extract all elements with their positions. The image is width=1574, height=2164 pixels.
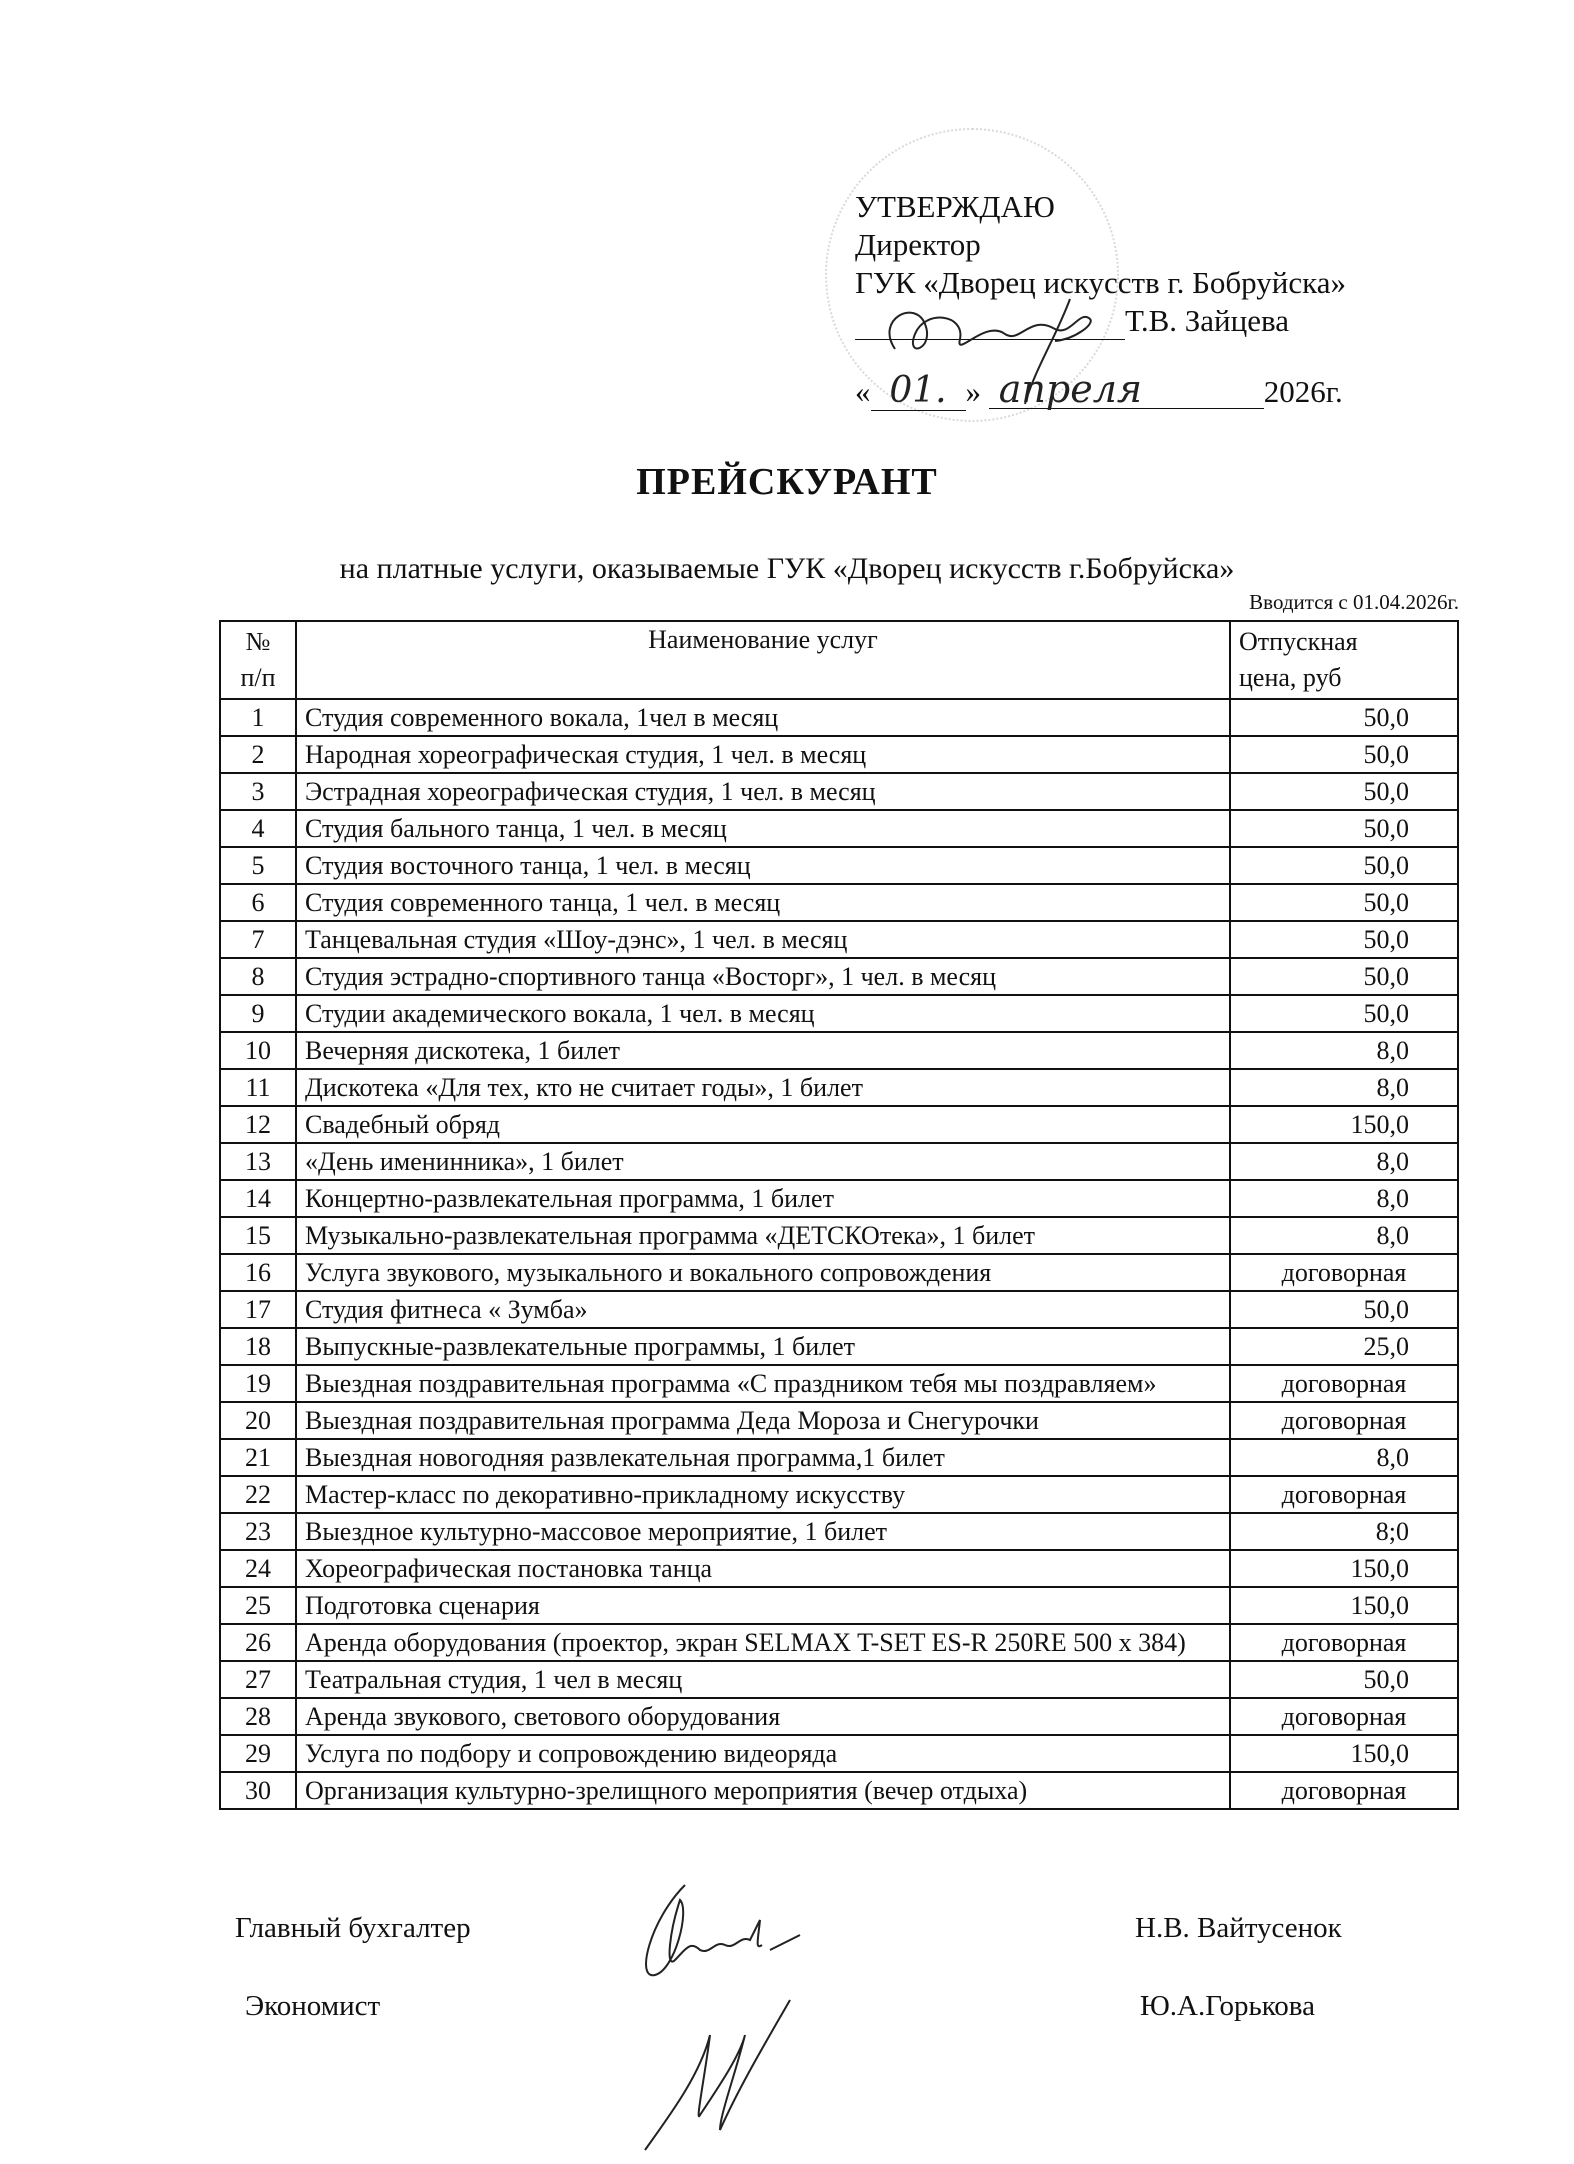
row-number: 12	[220, 1106, 296, 1143]
row-service-name: Организация культурно-зрелищного меропри…	[296, 1772, 1230, 1809]
row-service-name: Студия фитнеса « Зумба»	[296, 1291, 1230, 1328]
row-number: 5	[220, 847, 296, 884]
row-price: договорная	[1230, 1402, 1458, 1439]
row-service-name: Студия бального танца, 1 чел. в месяц	[296, 810, 1230, 847]
row-service-name: Студии академического вокала, 1 чел. в м…	[296, 995, 1230, 1032]
approval-position: Директор	[855, 226, 1346, 264]
header-service-name: Наименование услуг	[296, 621, 1230, 699]
table-row: 24Хореографическая постановка танца150,0	[220, 1550, 1458, 1587]
row-number: 19	[220, 1365, 296, 1402]
row-service-name: Мастер-класс по декоративно-прикладному …	[296, 1476, 1230, 1513]
date-day: 01.	[871, 372, 966, 411]
table-row: 19Выездная поздравительная программа «С …	[220, 1365, 1458, 1402]
economist-signature-icon	[640, 1995, 800, 2155]
row-number: 24	[220, 1550, 296, 1587]
row-service-name: Услуга звукового, музыкального и вокальн…	[296, 1254, 1230, 1291]
row-service-name: Выездная новогодняя развлекательная прог…	[296, 1439, 1230, 1476]
row-number: 23	[220, 1513, 296, 1550]
table-row: 15Музыкально-развлекательная программа «…	[220, 1217, 1458, 1254]
table-row: 18Выпускные-развлекательные программы, 1…	[220, 1328, 1458, 1365]
row-service-name: Выездное культурно-массовое мероприятие,…	[296, 1513, 1230, 1550]
table-row: 5Студия восточного танца, 1 чел. в месяц…	[220, 847, 1458, 884]
row-number: 4	[220, 810, 296, 847]
row-number: 26	[220, 1624, 296, 1661]
table-row: 23Выездное культурно-массовое мероприяти…	[220, 1513, 1458, 1550]
row-number: 18	[220, 1328, 296, 1365]
row-price: 150,0	[1230, 1106, 1458, 1143]
row-number: 15	[220, 1217, 296, 1254]
document-subtitle: на платные услуги, оказываемые ГУК «Двор…	[0, 552, 1574, 586]
row-number: 21	[220, 1439, 296, 1476]
row-price: 50,0	[1230, 884, 1458, 921]
row-number: 1	[220, 699, 296, 736]
row-service-name: «День именинника», 1 билет	[296, 1143, 1230, 1180]
row-price: договорная	[1230, 1365, 1458, 1402]
row-number: 16	[220, 1254, 296, 1291]
chief-accountant-title: Главный бухгалтер	[235, 1912, 471, 1945]
row-price: договорная	[1230, 1624, 1458, 1661]
row-number: 20	[220, 1402, 296, 1439]
approval-organization: ГУК «Дворец искусств г. Бобруйска»	[855, 264, 1346, 302]
row-price: 50,0	[1230, 995, 1458, 1032]
row-number: 17	[220, 1291, 296, 1328]
row-service-name: Услуга по подбору и сопровождению видеор…	[296, 1735, 1230, 1772]
row-service-name: Подготовка сценария	[296, 1587, 1230, 1624]
table-row: 16Услуга звукового, музыкального и вокал…	[220, 1254, 1458, 1291]
row-price: 50,0	[1230, 699, 1458, 736]
row-number: 9	[220, 995, 296, 1032]
row-service-name: Театральная студия, 1 чел в месяц	[296, 1661, 1230, 1698]
row-number: 28	[220, 1698, 296, 1735]
table-row: 28Аренда звукового, светового оборудован…	[220, 1698, 1458, 1735]
economist-title: Экономист	[245, 1990, 380, 2023]
table-row: 8Студия эстрадно-спортивного танца «Вост…	[220, 958, 1458, 995]
row-number: 10	[220, 1032, 296, 1069]
row-number: 2	[220, 736, 296, 773]
table-row: 27Театральная студия, 1 чел в месяц50,0	[220, 1661, 1458, 1698]
row-number: 6	[220, 884, 296, 921]
row-number: 30	[220, 1772, 296, 1809]
header-number: №п/п	[220, 621, 296, 699]
row-number: 3	[220, 773, 296, 810]
approval-block: УТВЕРЖДАЮ Директор ГУК «Дворец искусств …	[855, 188, 1346, 411]
row-price: договорная	[1230, 1254, 1458, 1291]
row-price: 50,0	[1230, 1291, 1458, 1328]
table-row: 3Эстрадная хореографическая студия, 1 че…	[220, 773, 1458, 810]
effective-date: Вводится с 01.04.2026г.	[1249, 590, 1459, 615]
row-price: 8,0	[1230, 1032, 1458, 1069]
row-service-name: Выездная поздравительная программа Деда …	[296, 1402, 1230, 1439]
table-row: 12Свадебный обряд150,0	[220, 1106, 1458, 1143]
table-row: 14Концертно-развлекательная программа, 1…	[220, 1180, 1458, 1217]
row-number: 8	[220, 958, 296, 995]
row-service-name: Дискотека «Для тех, кто не считает годы»…	[296, 1069, 1230, 1106]
approval-heading: УТВЕРЖДАЮ	[855, 188, 1346, 226]
price-table: №п/п Наименование услуг Отпускнаяцена, р…	[219, 620, 1459, 1810]
row-price: 150,0	[1230, 1735, 1458, 1772]
row-price: 150,0	[1230, 1550, 1458, 1587]
table-row: 10Вечерняя дискотека, 1 билет8,0	[220, 1032, 1458, 1069]
director-signature-line	[855, 309, 1125, 340]
row-price: 8,0	[1230, 1180, 1458, 1217]
table-row: 17Студия фитнеса « Зумба»50,0	[220, 1291, 1458, 1328]
table-row: 6Студия современного танца, 1 чел. в мес…	[220, 884, 1458, 921]
row-number: 7	[220, 921, 296, 958]
table-row: 11Дискотека «Для тех, кто не считает год…	[220, 1069, 1458, 1106]
row-price: 50,0	[1230, 958, 1458, 995]
row-price: 150,0	[1230, 1587, 1458, 1624]
economist-name: Ю.А.Горькова	[1140, 1990, 1315, 2023]
row-price: 25,0	[1230, 1328, 1458, 1365]
row-service-name: Хореографическая постановка танца	[296, 1550, 1230, 1587]
header-price: Отпускнаяцена, руб	[1230, 621, 1458, 699]
row-price: 50,0	[1230, 1661, 1458, 1698]
row-number: 14	[220, 1180, 296, 1217]
table-row: 9Студии академического вокала, 1 чел. в …	[220, 995, 1458, 1032]
row-price: 8;0	[1230, 1513, 1458, 1550]
table-row: 1Студия современного вокала, 1чел в меся…	[220, 699, 1458, 736]
approval-signature-row: Т.В. Зайцева	[855, 302, 1346, 340]
row-number: 25	[220, 1587, 296, 1624]
row-number: 29	[220, 1735, 296, 1772]
table-row: 22Мастер-класс по декоративно-прикладном…	[220, 1476, 1458, 1513]
row-service-name: Музыкально-развлекательная программа «ДЕ…	[296, 1217, 1230, 1254]
row-price: 50,0	[1230, 810, 1458, 847]
table-row: 26Аренда оборудования (проектор, экран S…	[220, 1624, 1458, 1661]
table-row: 4Студия бального танца, 1 чел. в месяц50…	[220, 810, 1458, 847]
chief-accountant-name: Н.В. Вайтусенок	[1135, 1912, 1342, 1945]
row-service-name: Вечерняя дискотека, 1 билет	[296, 1032, 1230, 1069]
row-service-name: Танцевальная студия «Шоу-дэнс», 1 чел. в…	[296, 921, 1230, 958]
row-service-name: Свадебный обряд	[296, 1106, 1230, 1143]
row-service-name: Выездная поздравительная программа «С пр…	[296, 1365, 1230, 1402]
row-service-name: Выпускные-развлекательные программы, 1 б…	[296, 1328, 1230, 1365]
row-price: 50,0	[1230, 847, 1458, 884]
table-row: 2Народная хореографическая студия, 1 чел…	[220, 736, 1458, 773]
row-number: 13	[220, 1143, 296, 1180]
date-month: апреля	[989, 370, 1264, 409]
row-price: договорная	[1230, 1772, 1458, 1809]
row-number: 11	[220, 1069, 296, 1106]
row-service-name: Эстрадная хореографическая студия, 1 чел…	[296, 773, 1230, 810]
table-header-row: №п/п Наименование услуг Отпускнаяцена, р…	[220, 621, 1458, 699]
row-price: 8,0	[1230, 1143, 1458, 1180]
director-name: Т.В. Зайцева	[1125, 303, 1289, 338]
row-price: 50,0	[1230, 736, 1458, 773]
table-row: 7Танцевальная студия «Шоу-дэнс», 1 чел. …	[220, 921, 1458, 958]
row-number: 22	[220, 1476, 296, 1513]
date-year: 2026г.	[1264, 374, 1343, 409]
row-service-name: Студия эстрадно-спортивного танца «Восто…	[296, 958, 1230, 995]
row-service-name: Аренда оборудования (проектор, экран SEL…	[296, 1624, 1230, 1661]
row-price: 8,0	[1230, 1439, 1458, 1476]
chief-accountant-signature-icon	[630, 1880, 850, 1990]
row-service-name: Концертно-развлекательная программа, 1 б…	[296, 1180, 1230, 1217]
row-service-name: Народная хореографическая студия, 1 чел.…	[296, 736, 1230, 773]
row-price: договорная	[1230, 1476, 1458, 1513]
table-row: 29Услуга по подбору и сопровождению виде…	[220, 1735, 1458, 1772]
row-price: договорная	[1230, 1698, 1458, 1735]
table-row: 30Организация культурно-зрелищного мероп…	[220, 1772, 1458, 1809]
table-row: 25Подготовка сценария150,0	[220, 1587, 1458, 1624]
row-price: 50,0	[1230, 921, 1458, 958]
table-row: 20Выездная поздравительная программа Дед…	[220, 1402, 1458, 1439]
row-number: 27	[220, 1661, 296, 1698]
table-row: 13«День именинника», 1 билет8,0	[220, 1143, 1458, 1180]
row-service-name: Студия современного вокала, 1чел в месяц	[296, 699, 1230, 736]
row-service-name: Студия современного танца, 1 чел. в меся…	[296, 884, 1230, 921]
row-service-name: Студия восточного танца, 1 чел. в месяц	[296, 847, 1230, 884]
row-price: 8,0	[1230, 1069, 1458, 1106]
approval-date: «01.» апреля2026г.	[855, 370, 1346, 411]
row-service-name: Аренда звукового, светового оборудования	[296, 1698, 1230, 1735]
row-price: 50,0	[1230, 773, 1458, 810]
row-price: 8,0	[1230, 1217, 1458, 1254]
document-title: ПРЕЙСКУРАНТ	[0, 460, 1574, 504]
table-row: 21Выездная новогодняя развлекательная пр…	[220, 1439, 1458, 1476]
